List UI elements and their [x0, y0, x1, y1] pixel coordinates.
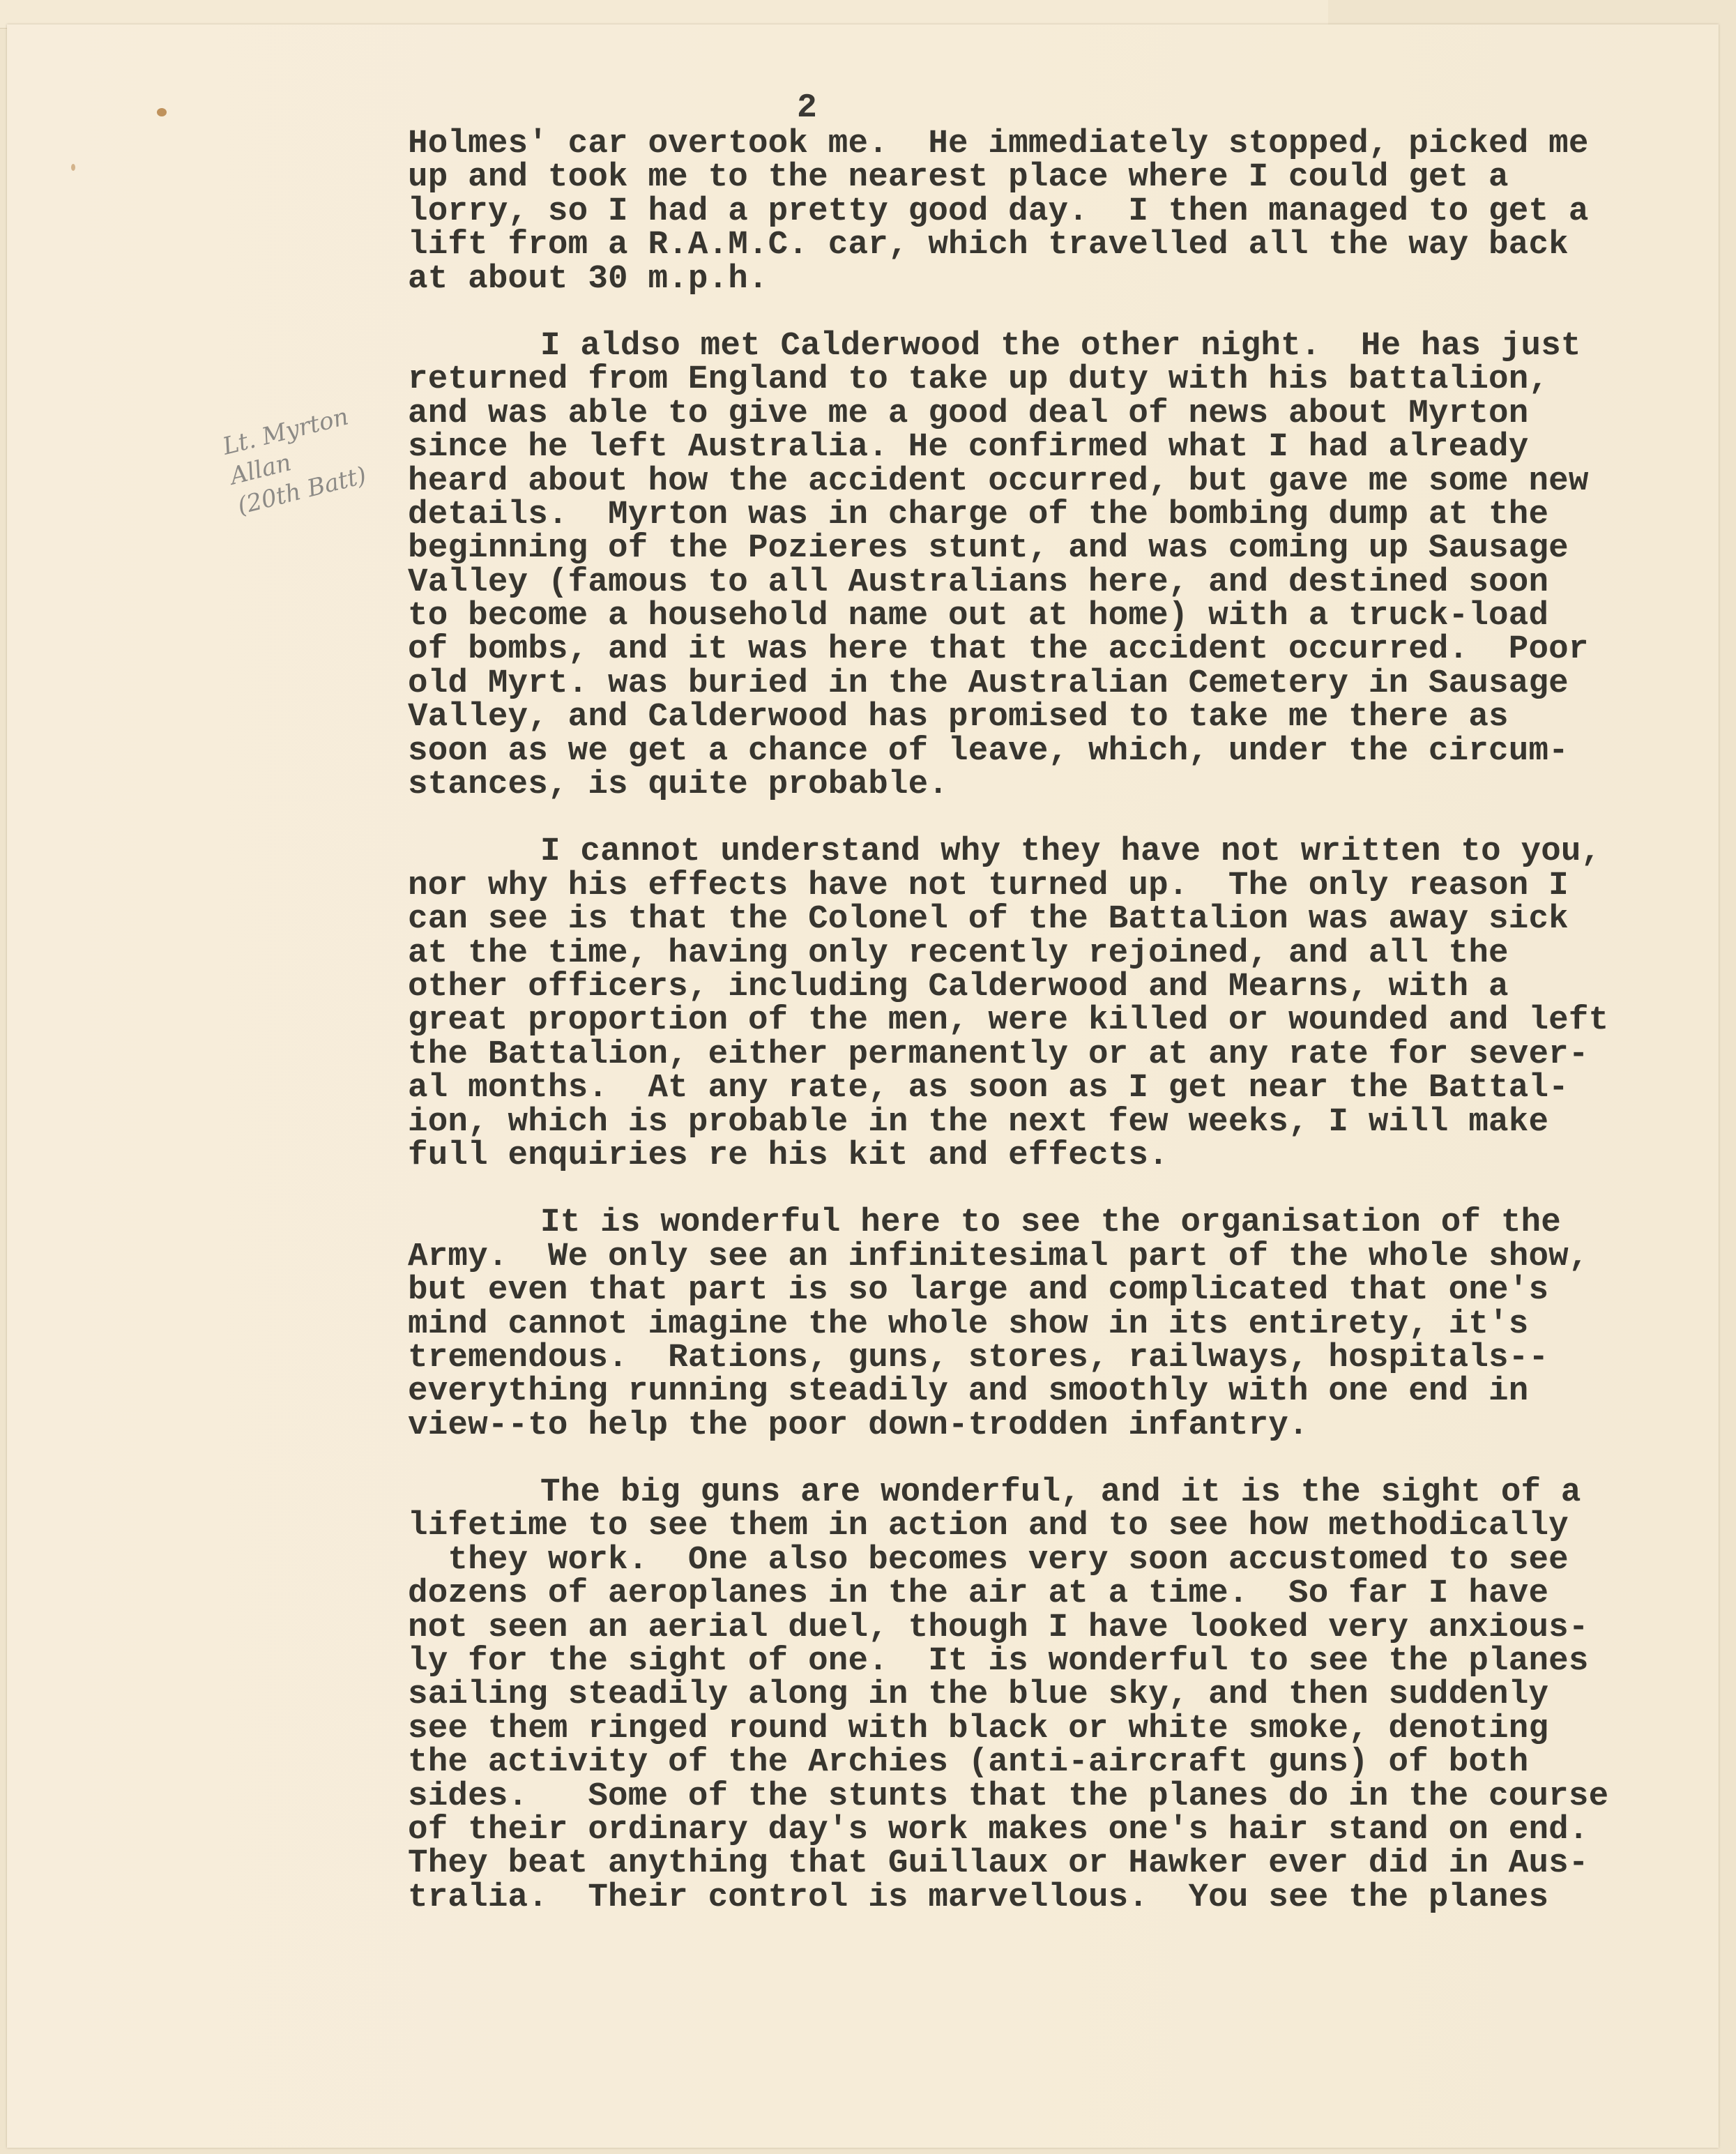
- text-line: and was able to give me a good deal of n…: [408, 397, 1663, 430]
- paragraph: I cannot understand why they have not wr…: [408, 835, 1663, 1172]
- text-line: nor why his effects have not turned up. …: [408, 869, 1663, 902]
- text-line: at the time, having only recently rejoin…: [408, 936, 1663, 970]
- text-line: ly for the sight of one. It is wonderful…: [408, 1644, 1663, 1678]
- text-line: soon as we get a chance of leave, which,…: [408, 734, 1663, 768]
- text-line: beginning of the Pozieres stunt, and was…: [408, 531, 1663, 565]
- text-line: but even that part is so large and compl…: [408, 1273, 1663, 1307]
- text-line: The big guns are wonderful, and it is th…: [408, 1476, 1663, 1509]
- text-line: at about 30 m.p.h.: [408, 262, 1663, 296]
- text-line: of their ordinary day's work makes one's…: [408, 1813, 1663, 1846]
- text-line: details. Myrton was in charge of the bom…: [408, 498, 1663, 531]
- text-line: lift from a R.A.M.C. car, which travelle…: [408, 228, 1663, 261]
- text-line: They beat anything that Guillaux or Hawk…: [408, 1846, 1663, 1880]
- text-line: ion, which is probable in the next few w…: [408, 1105, 1663, 1139]
- text-line: old Myrt. was buried in the Australian C…: [408, 667, 1663, 700]
- text-line: tralia. Their control is marvellous. You…: [408, 1881, 1663, 1914]
- text-line: Holmes' car overtook me. He immediately …: [408, 127, 1663, 160]
- paragraph: I aldso met Calderwood the other night. …: [408, 329, 1663, 801]
- text-line: see them ringed round with black or whit…: [408, 1712, 1663, 1745]
- paragraph: Holmes' car overtook me. He immediately …: [408, 127, 1663, 296]
- letter-body: Holmes' car overtook me. He immediately …: [408, 127, 1663, 1948]
- text-line: sailing steadily along in the blue sky, …: [408, 1678, 1663, 1711]
- text-line: up and took me to the nearest place wher…: [408, 160, 1663, 194]
- text-line: full enquiries re his kit and effects.: [408, 1139, 1663, 1172]
- text-line: Valley (famous to all Australians here, …: [408, 566, 1663, 599]
- text-line: other officers, including Calderwood and…: [408, 970, 1663, 1003]
- text-line: to become a household name out at home) …: [408, 599, 1663, 632]
- paragraph: The big guns are wonderful, and it is th…: [408, 1476, 1663, 1914]
- text-line: It is wonderful here to see the organisa…: [408, 1206, 1663, 1239]
- text-line: returned from England to take up duty wi…: [408, 363, 1663, 396]
- paragraph: It is wonderful here to see the organisa…: [408, 1206, 1663, 1442]
- text-line: stances, is quite probable.: [408, 768, 1663, 801]
- text-line: mind cannot imagine the whole show in it…: [408, 1307, 1663, 1341]
- text-line: Army. We only see an infinitesimal part …: [408, 1240, 1663, 1273]
- text-line: of bombs, and it was here that the accid…: [408, 632, 1663, 666]
- text-line: they work. One also becomes very soon ac…: [408, 1543, 1663, 1577]
- text-line: lorry, so I had a pretty good day. I the…: [408, 195, 1663, 228]
- text-line: the Battalion, either permanently or at …: [408, 1038, 1663, 1071]
- text-line: can see is that the Colonel of the Batta…: [408, 902, 1663, 936]
- text-line: I cannot understand why they have not wr…: [408, 835, 1663, 868]
- page-number: 2: [797, 89, 817, 127]
- text-line: since he left Australia. He confirmed wh…: [408, 430, 1663, 464]
- text-line: not seen an aerial duel, though I have l…: [408, 1611, 1663, 1644]
- text-line: dozens of aeroplanes in the air at a tim…: [408, 1577, 1663, 1610]
- text-line: tremendous. Rations, guns, stores, railw…: [408, 1341, 1663, 1374]
- text-line: sides. Some of the stunts that the plane…: [408, 1780, 1663, 1813]
- ink-stain: [71, 164, 75, 171]
- text-line: lifetime to see them in action and to se…: [408, 1509, 1663, 1542]
- text-line: the activity of the Archies (anti-aircra…: [408, 1745, 1663, 1779]
- text-line: al months. At any rate, as soon as I get…: [408, 1071, 1663, 1105]
- text-line: everything running steadily and smoothly…: [408, 1374, 1663, 1408]
- text-line: I aldso met Calderwood the other night. …: [408, 329, 1663, 363]
- text-line: great proportion of the men, were killed…: [408, 1003, 1663, 1037]
- text-line: Valley, and Calderwood has promised to t…: [408, 700, 1663, 734]
- text-line: view--to help the poor down-trodden infa…: [408, 1409, 1663, 1442]
- ink-stain: [157, 108, 167, 116]
- text-line: heard about how the accident occurred, b…: [408, 464, 1663, 498]
